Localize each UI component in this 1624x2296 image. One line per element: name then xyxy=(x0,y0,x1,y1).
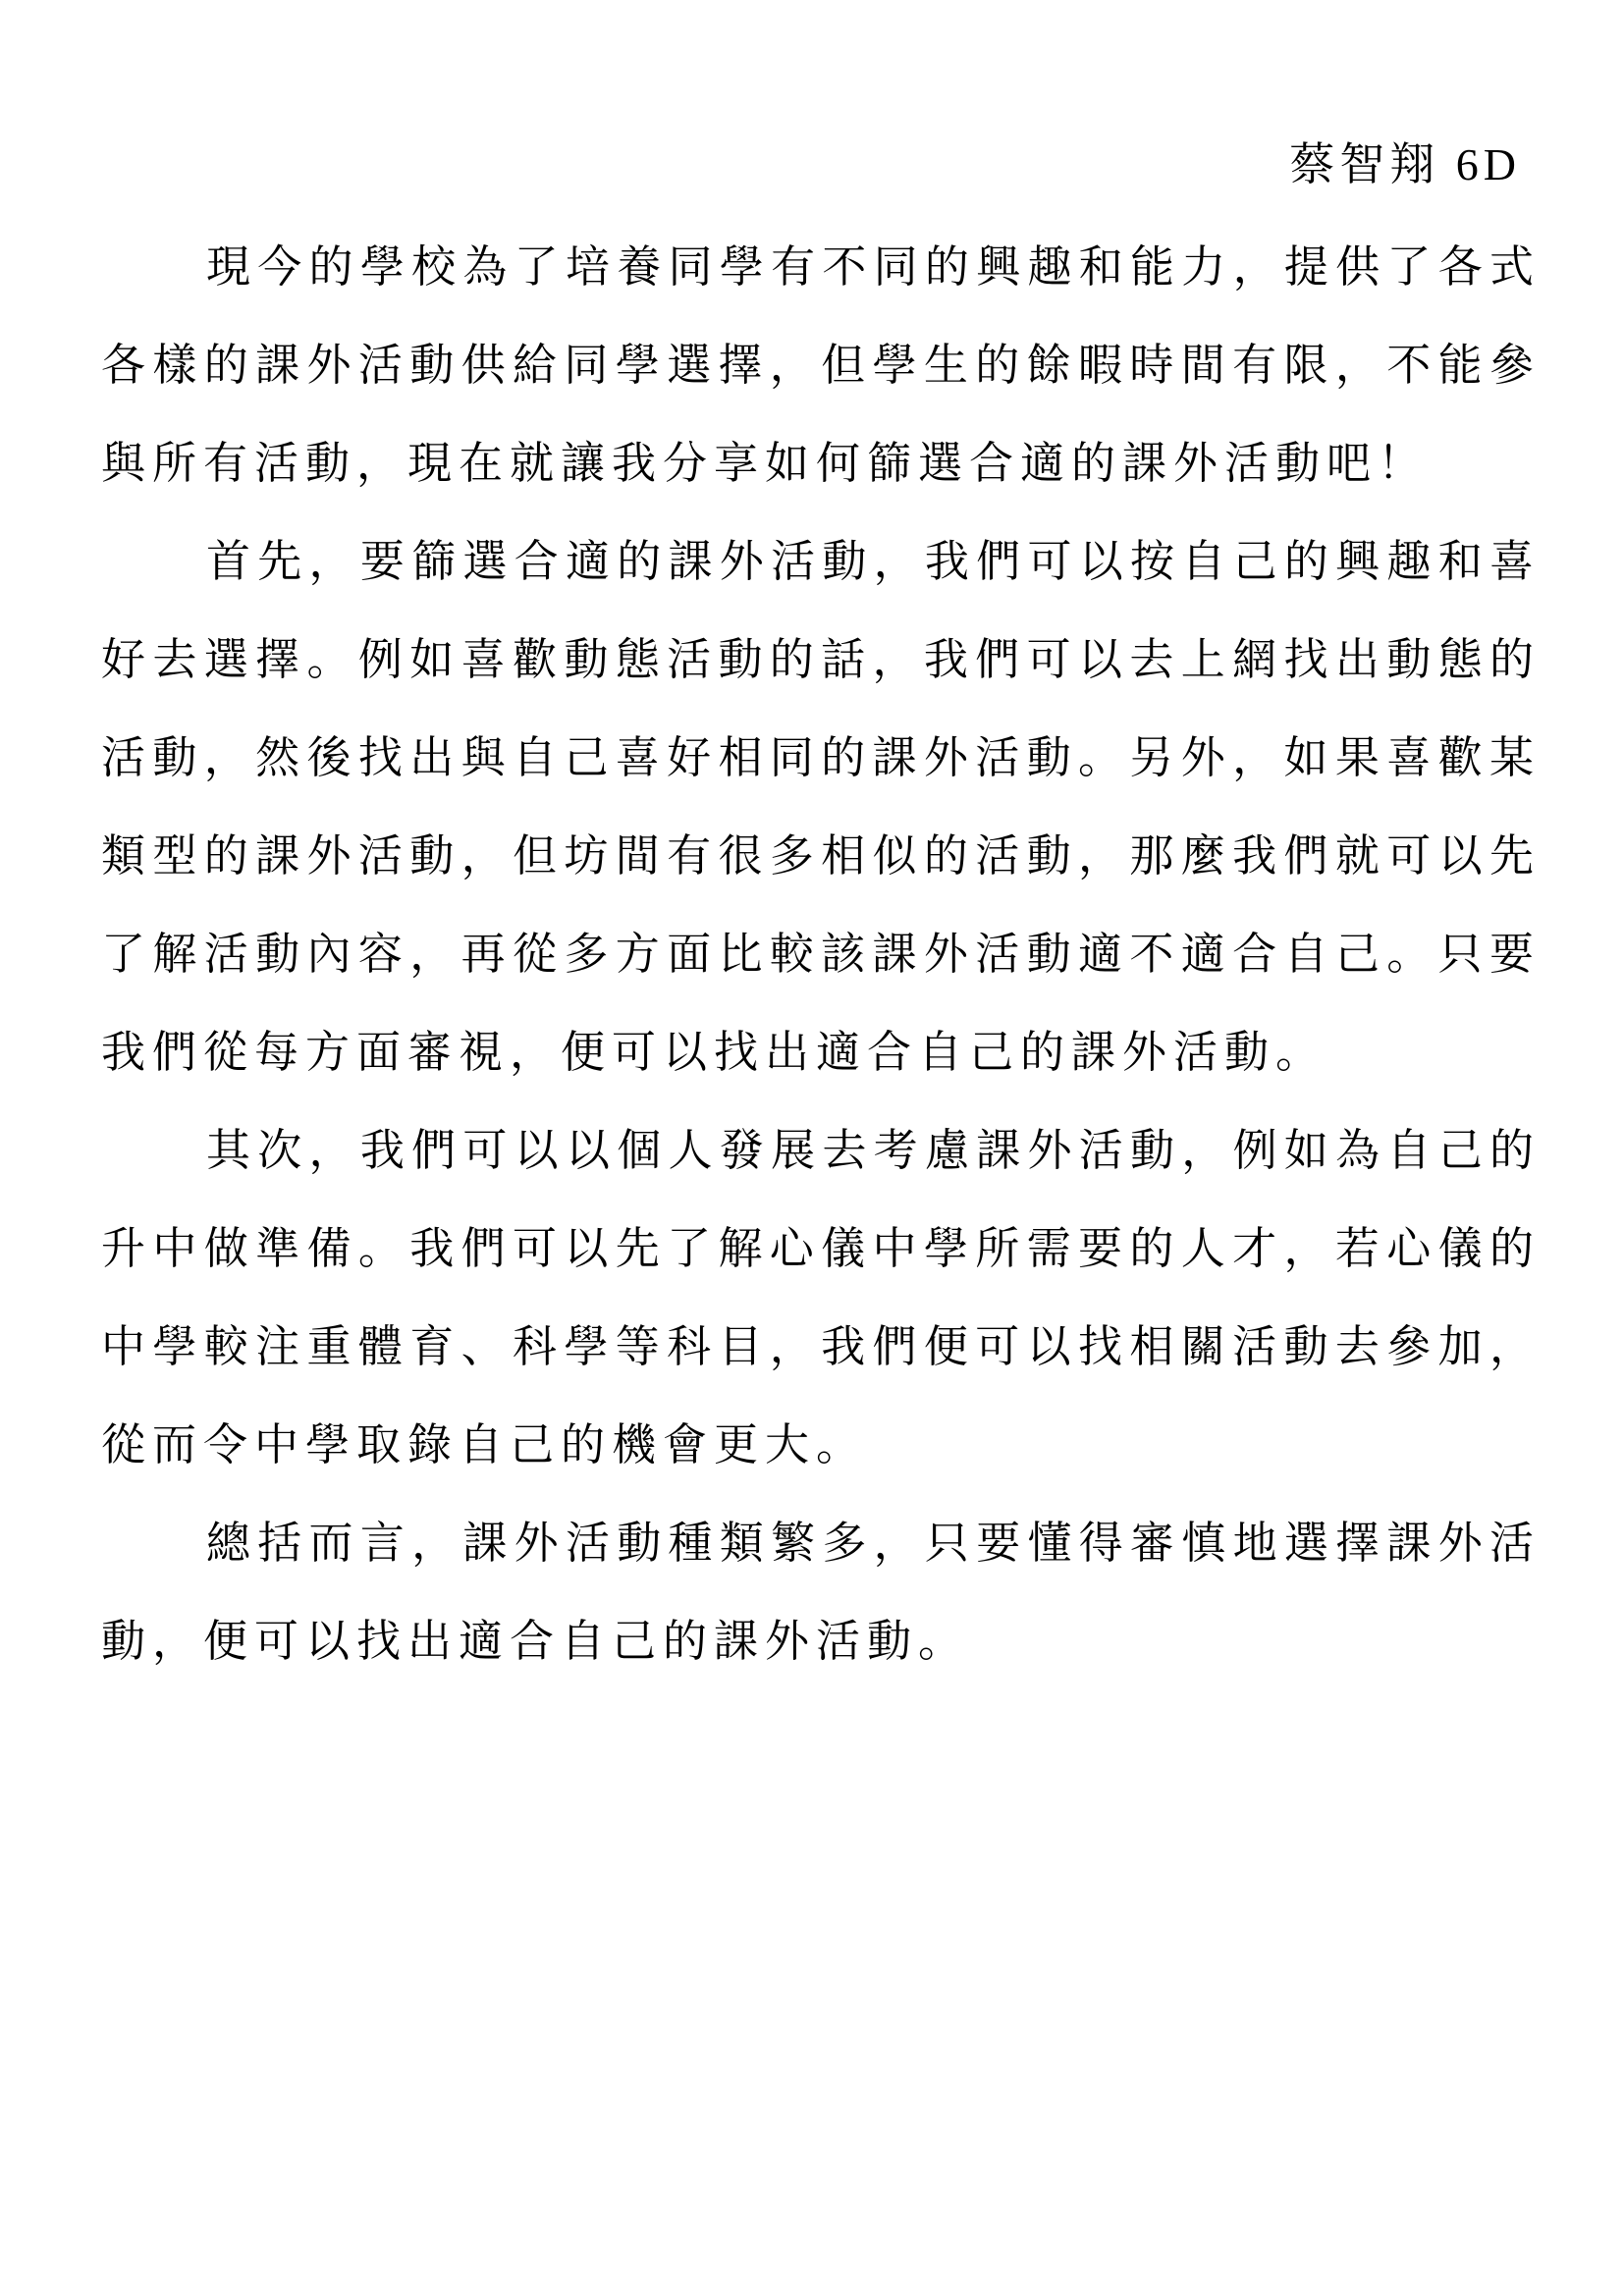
essay-line-11: 升中做準備。我們可以先了解心儀中學所需要的人才，若心儀的 xyxy=(101,1200,1541,1298)
essay-line-4: 首先，要篩選合適的課外活動，我們可以按自己的興趣和喜 xyxy=(101,512,1541,611)
essay-line-7: 類型的課外活動，但坊間有很多相似的活動，那麼我們就可以先 xyxy=(101,807,1541,905)
essay-line-8: 了解活動內容，再從多方面比較該課外活動適不適合自己。只要 xyxy=(101,905,1541,1003)
essay-line-9: 我們從每方面審視，便可以找出適合自己的課外活動。 xyxy=(101,1003,1541,1101)
essay-line-3: 與所有活動，現在就讓我分享如何篩選合適的課外活動吧！ xyxy=(101,414,1541,512)
essay-line-12: 中學較注重體育、科學等科目，我們便可以找相關活動去參加， xyxy=(101,1298,1541,1396)
document-page: 蔡智翔 6D 現今的學校為了培養同學有不同的興趣和能力，提供了各式 各樣的課外活… xyxy=(0,0,1624,2296)
essay-line-6: 活動，然後找出與自己喜好相同的課外活動。另外，如果喜歡某 xyxy=(101,709,1541,807)
essay-line-14: 總括而言，課外活動種類繁多，只要懂得審慎地選擇課外活 xyxy=(101,1494,1541,1592)
essay-line-15: 動，便可以找出適合自己的課外活動。 xyxy=(101,1592,1541,1690)
author-name: 蔡智翔 6D xyxy=(1289,116,1521,214)
essay-line-13: 從而令中學取錄自己的機會更大。 xyxy=(101,1396,1541,1494)
essay-line-5: 好去選擇。例如喜歡動態活動的話，我們可以去上網找出動態的 xyxy=(101,611,1541,709)
essay-line-10: 其次，我們可以以個人發展去考慮課外活動，例如為自己的 xyxy=(101,1101,1541,1200)
essay-line-1: 現今的學校為了培養同學有不同的興趣和能力，提供了各式 xyxy=(101,218,1541,316)
essay-line-2: 各樣的課外活動供給同學選擇，但學生的餘暇時間有限，不能參 xyxy=(101,316,1541,414)
essay-body: 現今的學校為了培養同學有不同的興趣和能力，提供了各式 各樣的課外活動供給同學選擇… xyxy=(101,218,1541,1690)
